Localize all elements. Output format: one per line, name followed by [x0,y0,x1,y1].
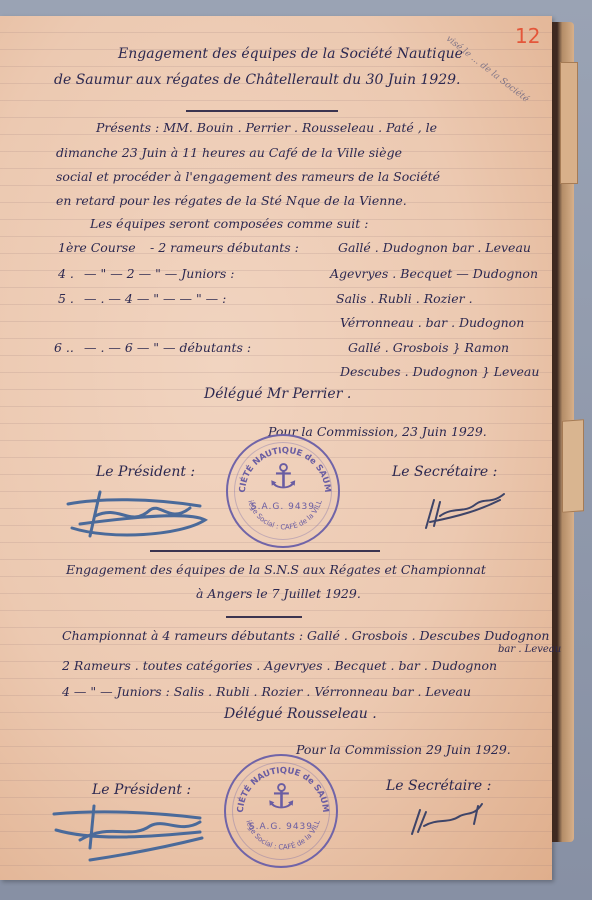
divider [186,110,338,112]
secretary-signature [420,486,510,536]
divider [226,616,302,618]
president-label: Le Président : [92,782,191,798]
divider [150,550,380,552]
page-tab [560,62,578,184]
entry1-title-line1: Engagement des équipes de la Société Nau… [118,46,463,62]
entry2-commission-date: Pour la Commission 29 Juin 1929. [296,742,511,757]
race-crew: Agevryes . Becquet — Dudognon [330,266,538,281]
entry1-body-line: Présents : MM. Bouin . Perrier . Roussel… [96,120,437,135]
race-course: 5 . [58,291,74,306]
entry1-intro: Les équipes seront composées comme suit … [90,216,368,231]
secretary-label: Le Secrétaire : [386,778,491,794]
race-crew: Gallé . Grosbois } Ramon [348,340,509,355]
entry1-body-line: en retard pour les régates de la Sté Nqu… [56,193,407,208]
race-course: 1ère Course [58,240,136,255]
race-course: 4 . [58,266,74,281]
entry1-body-line: dimanche 23 Juin à 11 heures au Café de … [56,145,402,160]
race-crew: Salis . Rubli . Rozier . [336,291,473,306]
page-number: 12 [515,24,540,48]
page-tab-lower [562,419,584,513]
stamp-code: S.A.G. 9439 [228,502,338,512]
entry2-title-line2: à Angers le 7 Juillet 1929. [196,586,361,601]
ledger-page: 12 visé le ... de la Société Engagement … [0,16,552,880]
race-detail: — . — 4 — " — — " — : [84,291,226,306]
society-stamp: SOCIÉTÉ NAUTIQUE de SAUMUR Siège Social … [226,434,340,548]
race-crew: Gallé . Dudognon bar . Leveau [338,240,531,255]
race-detail: — " — 2 — " — Juniors : [84,266,234,281]
race-crew: Descubes . Dudognon } Leveau [340,364,539,379]
president-label: Le Président : [96,464,195,480]
race-course: 6 .. [54,340,74,355]
anchor-icon: ⚓ [268,460,298,494]
entry2-line: Championnat à 4 rameurs débutants : Gall… [62,628,549,643]
secretary-signature [408,800,488,840]
president-signature [60,484,210,544]
entry2-delegate: Délégué Rousseleau . [224,706,377,722]
race-detail: — . — 6 — " — débutants : [84,340,251,355]
stamp-code: S.A.G. 9439 [226,822,336,832]
secretary-label: Le Secrétaire : [392,464,497,480]
entry2-line: bar . Leveau [498,644,561,655]
entry2-line: 2 Rameurs . toutes catégories . Agevryes… [62,658,497,673]
race-detail: - 2 rameurs débutants : [150,240,299,255]
entry2-title-line1: Engagement des équipes de la S.N.S aux R… [66,562,486,577]
entry1-delegate: Délégué Mr Perrier . [204,386,351,402]
entry1-body-line: social et procéder à l'engagement des ra… [56,169,440,184]
race-crew: Vérronneau . bar . Dudognon [340,315,524,330]
anchor-icon: ⚓ [266,780,296,814]
society-stamp: SOCIÉTÉ NAUTIQUE de SAUMUR Siège Social … [224,754,338,868]
president-signature [50,800,210,870]
entry1-title-line2: de Saumur aux régates de Châtellerault d… [54,72,461,88]
entry2-line: 4 — " — Juniors : Salis . Rubli . Rozier… [62,684,471,699]
